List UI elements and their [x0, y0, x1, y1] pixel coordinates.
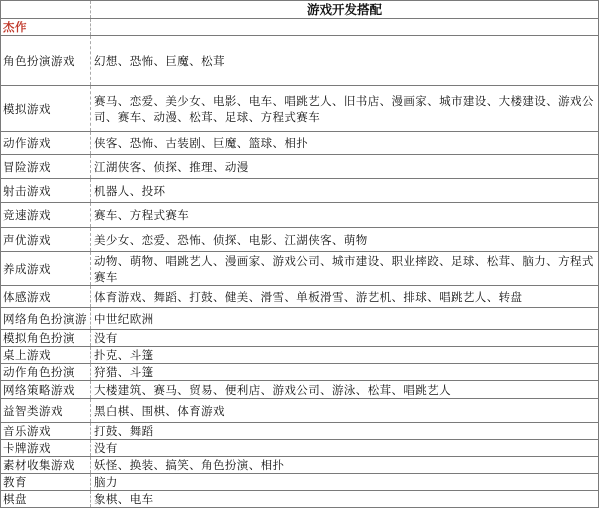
combo-cell: 打鼓、舞蹈 — [91, 423, 599, 440]
genre-cell: 网络角色扮演游 — [1, 308, 91, 330]
combo-cell: 美少女、恋爱、恐怖、侦探、电影、江湖侠客、萌物 — [91, 228, 599, 252]
combo-cell: 脑力 — [91, 474, 599, 491]
sheet-title: 游戏开发搭配 — [91, 1, 599, 19]
table-row: 教育脑力 — [1, 474, 599, 491]
table-row: 网络策略游戏大楼建筑、赛马、贸易、便利店、游戏公司、游泳、松茸、唱跳艺人 — [1, 381, 599, 399]
section-blank-cell — [91, 19, 599, 36]
genre-cell: 网络策略游戏 — [1, 381, 91, 399]
genre-cell: 冒险游戏 — [1, 155, 91, 179]
genre-cell: 素材收集游戏 — [1, 457, 91, 474]
title-blank-cell — [1, 1, 91, 19]
genre-cell: 射击游戏 — [1, 179, 91, 203]
genre-cell: 动作游戏 — [1, 132, 91, 155]
table-row: 声优游戏美少女、恋爱、恐怖、侦探、电影、江湖侠客、萌物 — [1, 228, 599, 252]
table-row: 音乐游戏打鼓、舞蹈 — [1, 423, 599, 440]
table-row: 益智类游戏黑白棋、围棋、体育游戏 — [1, 399, 599, 423]
genre-cell: 棋盘 — [1, 491, 91, 508]
combo-cell: 妖怪、换装、搞笑、角色扮演、相扑 — [91, 457, 599, 474]
table-row: 模拟游戏赛马、恋爱、美少女、电影、电车、唱跳艺人、旧书店、漫画家、城市建设、大楼… — [1, 86, 599, 132]
genre-cell: 教育 — [1, 474, 91, 491]
combo-cell: 黑白棋、围棋、体育游戏 — [91, 399, 599, 423]
table-row: 动作角色扮演狩猎、斗篷 — [1, 364, 599, 381]
genre-cell: 模拟角色扮演 — [1, 330, 91, 347]
genre-cell: 竞速游戏 — [1, 203, 91, 228]
combo-cell: 侠客、恐怖、古装剧、巨魔、篮球、相扑 — [91, 132, 599, 155]
genre-cell: 模拟游戏 — [1, 86, 91, 132]
table-row: 桌上游戏扑克、斗篷 — [1, 347, 599, 364]
genre-cell: 声优游戏 — [1, 228, 91, 252]
combo-cell: 中世纪欧洲 — [91, 308, 599, 330]
genre-cell: 音乐游戏 — [1, 423, 91, 440]
table-row: 射击游戏机器人、投环 — [1, 179, 599, 203]
combo-cell: 没有 — [91, 440, 599, 457]
combo-cell: 体育游戏、舞蹈、打鼓、健美、滑雪、单板滑雪、游艺机、排球、唱跳艺人、转盘 — [91, 286, 599, 308]
table-row: 体感游戏体育游戏、舞蹈、打鼓、健美、滑雪、单板滑雪、游艺机、排球、唱跳艺人、转盘 — [1, 286, 599, 308]
combo-cell: 象棋、电车 — [91, 491, 599, 508]
genre-cell: 卡牌游戏 — [1, 440, 91, 457]
section-label: 杰作 — [1, 19, 91, 36]
combo-cell: 赛马、恋爱、美少女、电影、电车、唱跳艺人、旧书店、漫画家、城市建设、大楼建设、游… — [91, 86, 599, 132]
table-row: 动作游戏侠客、恐怖、古装剧、巨魔、篮球、相扑 — [1, 132, 599, 155]
genre-cell: 动作角色扮演 — [1, 364, 91, 381]
combo-cell: 赛车、方程式赛车 — [91, 203, 599, 228]
title-row: 游戏开发搭配 — [1, 1, 599, 19]
combo-cell: 没有 — [91, 330, 599, 347]
combo-cell: 动物、萌物、唱跳艺人、漫画家、游戏公司、城市建设、职业摔跤、足球、松茸、脑力、方… — [91, 252, 599, 286]
table-row: 卡牌游戏没有 — [1, 440, 599, 457]
section-row: 杰作 — [1, 19, 599, 36]
combo-cell: 机器人、投环 — [91, 179, 599, 203]
table-row: 模拟角色扮演没有 — [1, 330, 599, 347]
combo-cell: 幻想、恐怖、巨魔、松茸 — [91, 36, 599, 86]
game-combo-table: 游戏开发搭配 杰作 角色扮演游戏幻想、恐怖、巨魔、松茸模拟游戏赛马、恋爱、美少女… — [0, 0, 599, 508]
table-row: 棋盘象棋、电车 — [1, 491, 599, 508]
table-row: 素材收集游戏妖怪、换装、搞笑、角色扮演、相扑 — [1, 457, 599, 474]
genre-cell: 养成游戏 — [1, 252, 91, 286]
table-row: 网络角色扮演游中世纪欧洲 — [1, 308, 599, 330]
combo-cell: 江湖侠客、侦探、推理、动漫 — [91, 155, 599, 179]
genre-cell: 体感游戏 — [1, 286, 91, 308]
combo-cell: 狩猎、斗篷 — [91, 364, 599, 381]
genre-cell: 益智类游戏 — [1, 399, 91, 423]
combo-cell: 大楼建筑、赛马、贸易、便利店、游戏公司、游泳、松茸、唱跳艺人 — [91, 381, 599, 399]
combo-cell: 扑克、斗篷 — [91, 347, 599, 364]
genre-cell: 角色扮演游戏 — [1, 36, 91, 86]
table-row: 冒险游戏江湖侠客、侦探、推理、动漫 — [1, 155, 599, 179]
table-row: 养成游戏动物、萌物、唱跳艺人、漫画家、游戏公司、城市建设、职业摔跤、足球、松茸、… — [1, 252, 599, 286]
genre-cell: 桌上游戏 — [1, 347, 91, 364]
table-row: 竞速游戏赛车、方程式赛车 — [1, 203, 599, 228]
table-row: 角色扮演游戏幻想、恐怖、巨魔、松茸 — [1, 36, 599, 86]
